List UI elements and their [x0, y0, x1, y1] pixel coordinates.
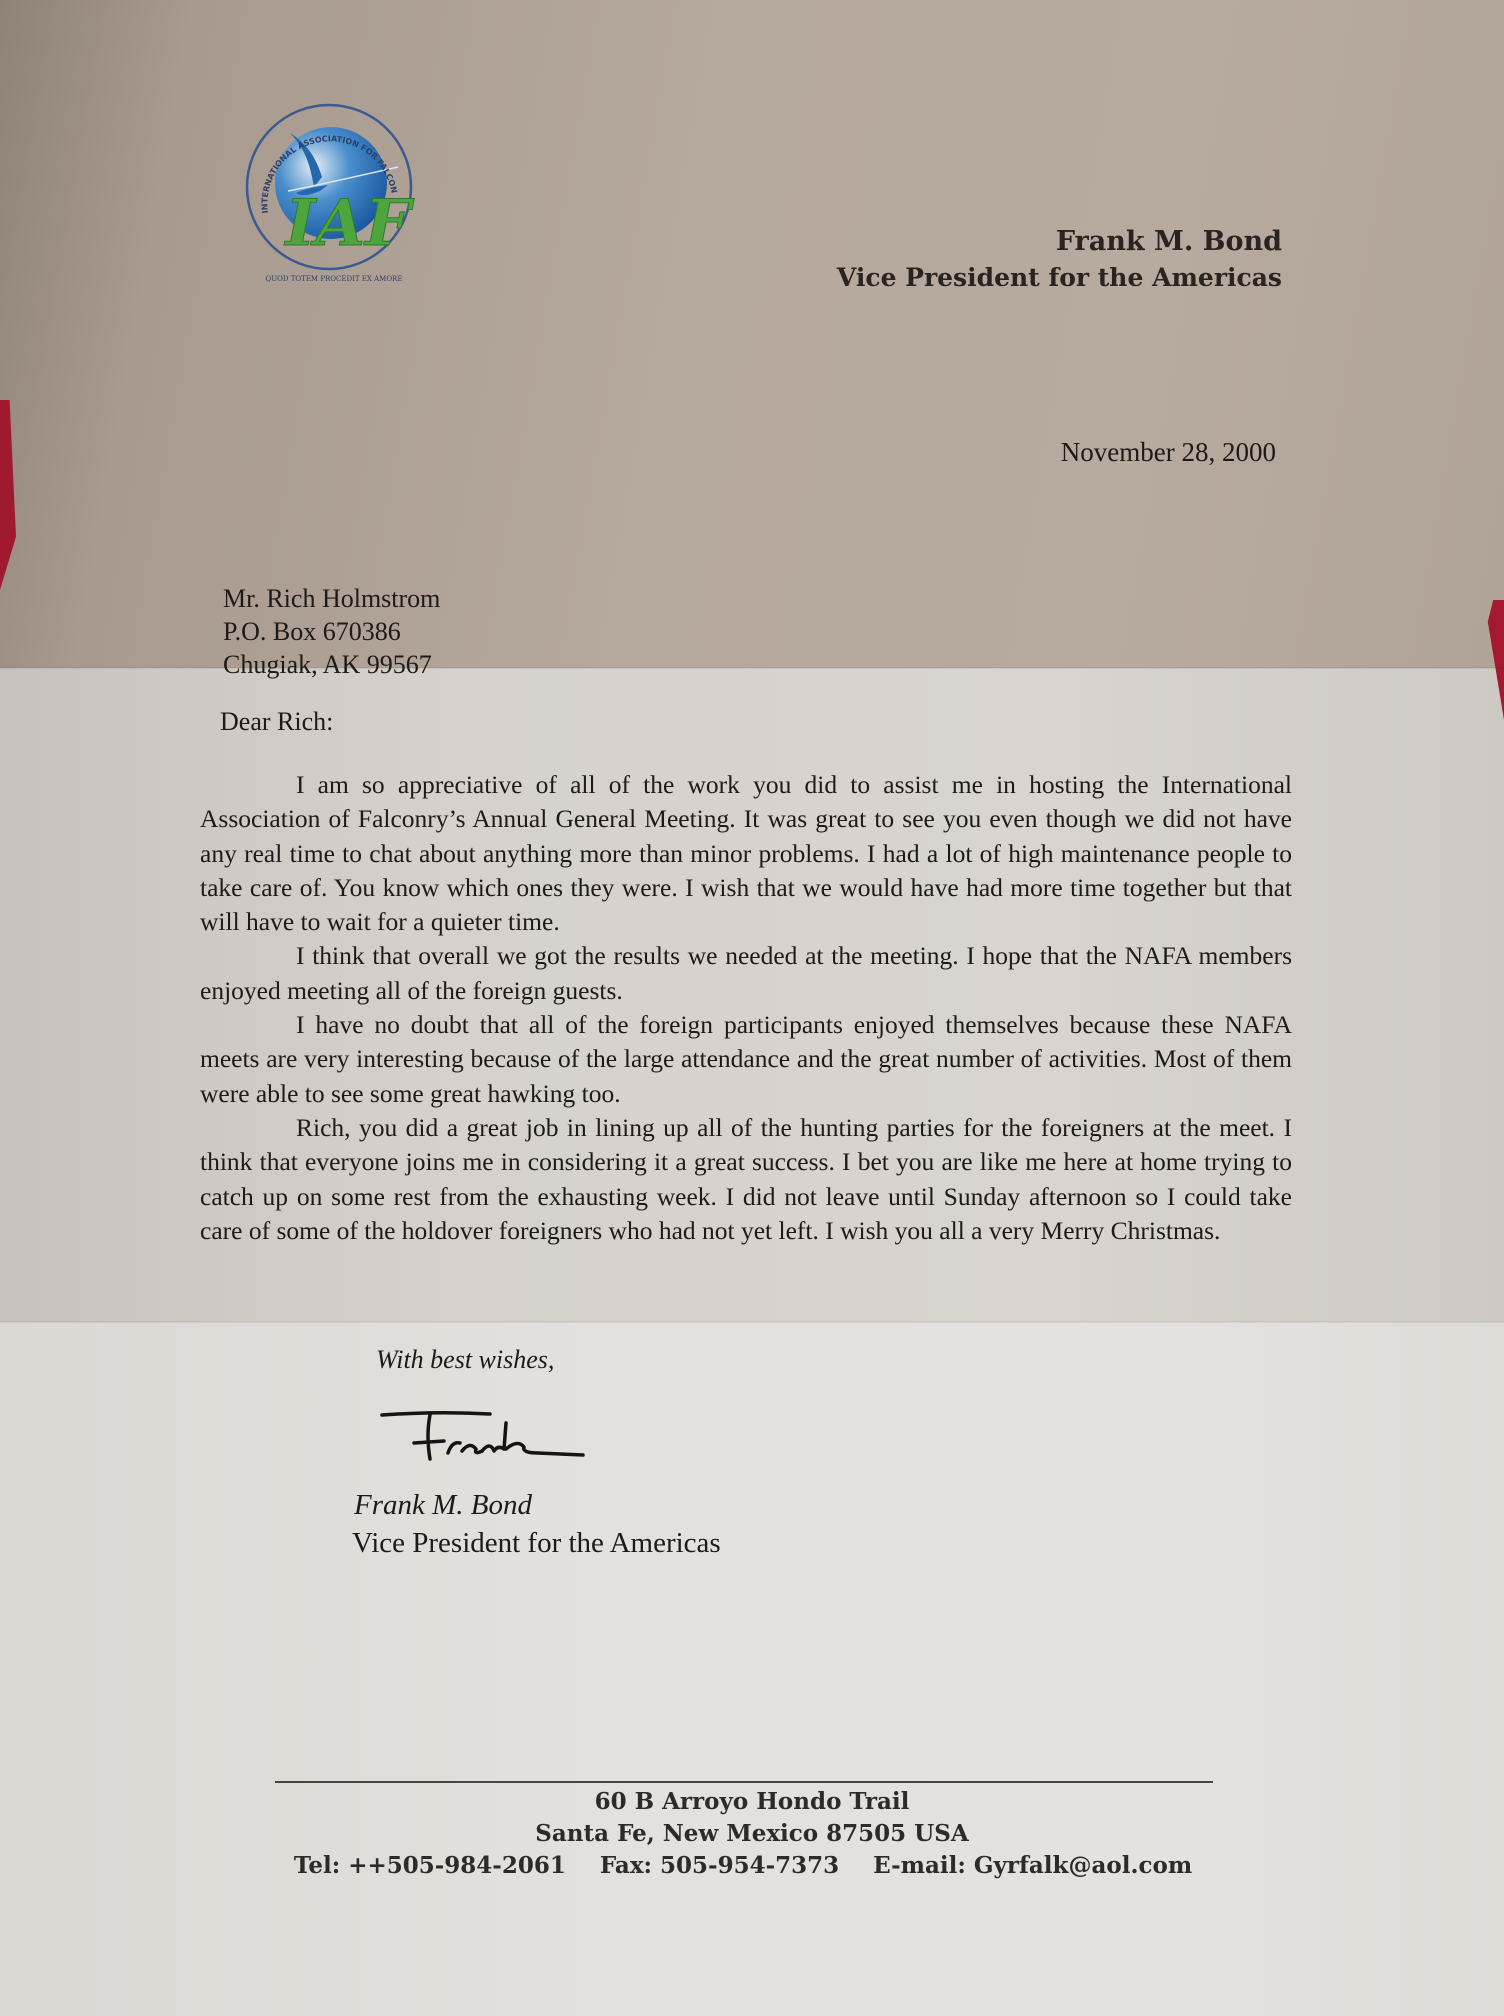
footer-city: Santa Fe, New Mexico 87505 USA — [0, 1818, 1504, 1850]
recipient-name: Mr. Rich Holmstrom — [223, 582, 440, 615]
letter-date: November 28, 2000 — [1061, 437, 1276, 468]
footer-fax: Fax: 505-954-7373 — [600, 1850, 839, 1882]
footer-divider — [275, 1781, 1213, 1783]
salutation: Dear Rich: — [220, 707, 333, 737]
letterhead: Frank M. Bond Vice President for the Ame… — [837, 224, 1282, 296]
letter-body: I am so appreciative of all of the work … — [200, 768, 1292, 1248]
letterhead-title: Vice President for the Americas — [837, 260, 1282, 296]
signatory-title: Vice President for the Americas — [352, 1524, 721, 1562]
footer-contact-block: 60 B Arroyo Hondo Trail Santa Fe, New Me… — [0, 1786, 1504, 1882]
complimentary-close: With best wishes, — [376, 1345, 554, 1375]
iaf-logo-icon: INTERNATIONAL ASSOCIATION FOR FALCONRY &… — [228, 95, 440, 285]
recipient-city: Chugiak, AK 99567 — [223, 648, 440, 681]
footer-street: 60 B Arroyo Hondo Trail — [0, 1786, 1504, 1818]
recipient-po-box: P.O. Box 670386 — [223, 615, 440, 648]
signatory-name: Frank M. Bond — [354, 1486, 532, 1524]
body-paragraph: I think that overall we got the results … — [200, 939, 1292, 1008]
fold-line — [0, 1321, 1504, 1323]
body-paragraph: I have no doubt that all of the foreign … — [200, 1008, 1292, 1111]
body-paragraph: Rich, you did a great job in lining up a… — [200, 1111, 1292, 1248]
logo-motto: QUOD TOTEM PROCEDIT EX AMORE — [266, 275, 403, 283]
footer-tel: Tel: ++505-984-2061 — [294, 1850, 566, 1882]
recipient-address: Mr. Rich Holmstrom P.O. Box 670386 Chugi… — [223, 582, 440, 681]
handwritten-signature-icon — [378, 1405, 598, 1475]
letterhead-name: Frank M. Bond — [837, 224, 1282, 260]
body-paragraph: I am so appreciative of all of the work … — [200, 768, 1292, 939]
paper-bottom-panel — [0, 1322, 1504, 2016]
logo-acronym: IAF — [283, 186, 415, 261]
footer-email: E-mail: Gyrfalk@aol.com — [873, 1850, 1192, 1882]
paper-top-panel — [0, 0, 1504, 668]
